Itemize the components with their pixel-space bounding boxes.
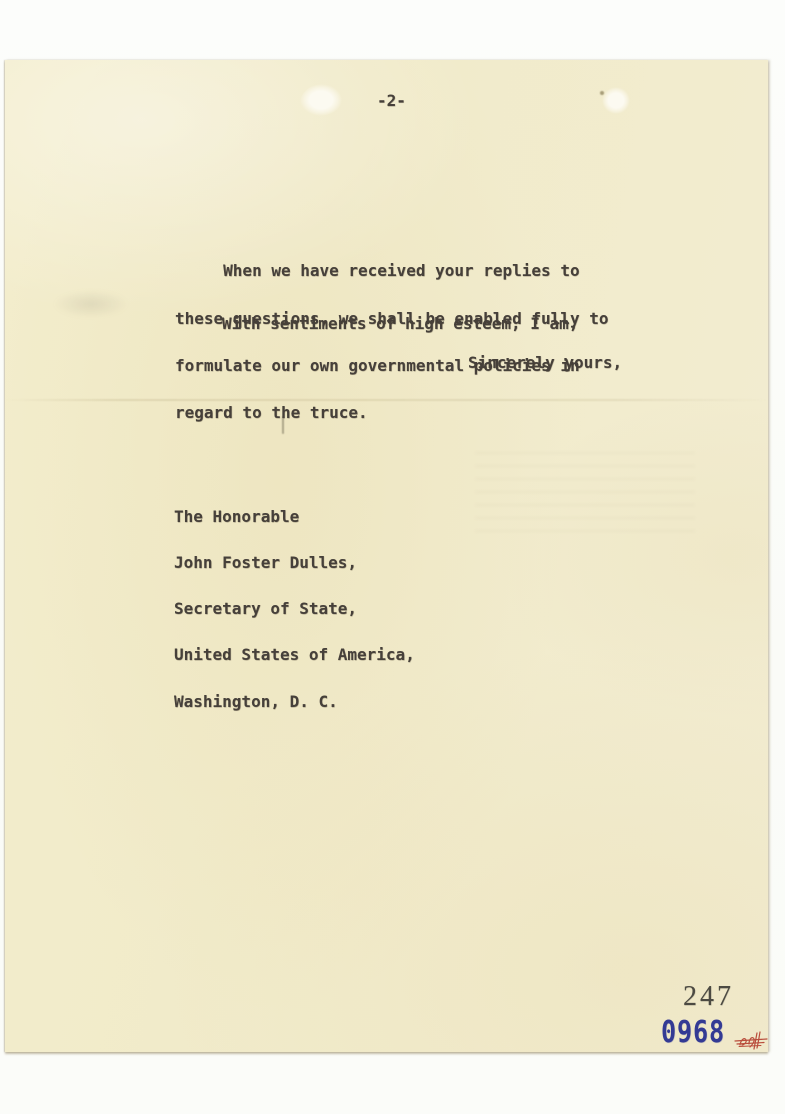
archive-page-ref: 247 bbox=[683, 982, 734, 1012]
red-crossout-mark bbox=[733, 1030, 769, 1052]
recipient-line: United States of America, bbox=[174, 647, 415, 662]
paper-damage-spot-left bbox=[300, 84, 342, 116]
body-paragraph: When we have received your replies to th… bbox=[175, 232, 608, 452]
recipient-line: Washington, D. C. bbox=[174, 694, 415, 709]
ink-bleed-through bbox=[475, 452, 695, 540]
paper-damage-spot-right bbox=[602, 87, 630, 114]
recipient-line: John Foster Dulles, bbox=[174, 555, 415, 570]
page-number: -2- bbox=[377, 93, 406, 109]
scan-background: { "document": { "page_number": "-2-", "b… bbox=[0, 0, 785, 1114]
recipient-line: Secretary of State, bbox=[174, 601, 415, 616]
body-line: When we have received your replies to bbox=[175, 263, 608, 279]
recipient-address-block: The Honorable John Foster Dulles, Secret… bbox=[174, 478, 415, 740]
archive-stamp-number: 0968 bbox=[661, 1018, 725, 1048]
body-line: regard to the truce. bbox=[175, 405, 608, 421]
closing-line: With sentiments of high esteem, I am, bbox=[222, 316, 578, 332]
signature-line: Sincerely yours, bbox=[468, 355, 622, 371]
recipient-line: The Honorable bbox=[174, 509, 415, 524]
pencil-smudge bbox=[53, 290, 129, 318]
paper-speck bbox=[600, 91, 604, 95]
document-page: -2- When we have received your replies t… bbox=[5, 60, 768, 1052]
